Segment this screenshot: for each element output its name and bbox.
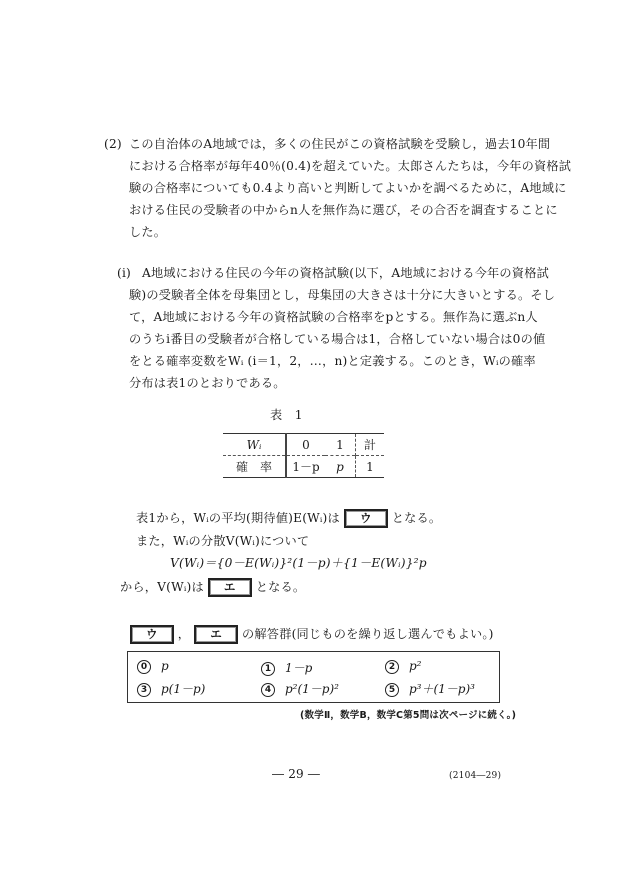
probability-table: Wᵢ 0 1 計 確 率 1－p p 1 [223,433,384,478]
subpart-line-3: て，A地域における今年の資格試験の合格率をpとする。無作為に選ぶn人 [129,310,538,324]
intro-line-3: 験の合格率についても0.4より高いと判断してよいかを調べるために，A地域に [129,181,567,195]
choice-1[interactable]: 11－p [261,659,312,676]
expectation-line: 表1から，Wᵢの平均(期待値)E(Wᵢ)は ウ となる。 [136,509,441,528]
answer-group-label: の解答群(同じものを繰り返し選んでもよい。) [242,627,494,641]
answer-group-box-e: エ [194,625,238,644]
choice-4[interactable]: 4p²(1－p)² [261,680,339,697]
answer-box-e[interactable]: エ [208,578,252,597]
subpart-line-4: のうちi番目の受験者が合格している場合は1，合格していない場合は0の値 [129,332,545,346]
choice-expr: 1－p [285,661,312,675]
circled-number-icon: 4 [261,683,275,697]
subpart-line-5: をとる確率変数をWᵢ (i＝1，2，…，n)と定義する。このとき，Wᵢの確率 [129,354,536,368]
table-prob-0: 1－p [286,456,325,478]
expectation-text: 表1から，Wᵢの平均(期待値)E(Wᵢ)は [136,511,340,525]
answer-group-box-u: ウ [130,625,174,644]
intro-line-5: した。 [129,225,166,239]
table-header-1: 1 [325,434,356,456]
circled-number-icon: 3 [137,683,151,697]
answer-group-sep: ， [178,627,190,641]
intro-line-4: おける住民の受験者の中からn人を無作為に選び，その合否を調査することに [129,203,558,217]
choice-expr: p³＋(1－p)³ [409,682,475,696]
subpart-line-6: 分布は表1のとおりである。 [129,376,286,390]
answer-box-u[interactable]: ウ [344,509,388,528]
intro-line-2: における合格率が毎年40％(0.4)を超えていた。太郎さんたちは，今年の資格試 [129,159,571,173]
page-code: (2104―29) [449,769,501,783]
variance-formula: V(Wᵢ)＝{0－E(Wᵢ)}²(1－p)＋{1－E(Wᵢ)}²p [170,556,427,570]
circled-number-icon: 1 [261,662,275,676]
page-number: ― 29 ― [272,767,320,781]
table-prob-row: 確 率 1－p p 1 [223,456,384,478]
variance-text: から，V(Wᵢ)は [120,580,204,594]
choice-3[interactable]: 3p(1－p) [137,680,205,697]
subpart-number: (i) [117,266,131,280]
answer-group-header: ウ ， エ の解答群(同じものを繰り返し選んでもよい。) [130,625,494,644]
table-prob-1: p [325,456,356,478]
expectation-suffix: となる。 [392,511,442,525]
table-prob-total: 1 [356,456,385,478]
variance-intro-line: また，Wᵢの分散V(Wᵢ)について [136,534,309,548]
table-prob-label: 確 率 [223,456,286,478]
continue-note: (数学Ⅱ，数学B，数学C第5問は次ページに続く。) [300,709,516,723]
table-header-row: Wᵢ 0 1 計 [223,434,384,456]
variance-line: から，V(Wᵢ)は エ となる。 [120,578,305,597]
subpart-line-2: 験)の受験者全体を母集団とし，母集団の大きさは十分に大きいとする。そし [129,288,555,302]
choice-expr: p(1－p) [161,682,205,696]
circled-number-icon: 5 [385,683,399,697]
intro-line-1: この自治体のA地域では，多くの住民がこの資格試験を受験し，過去10年間 [129,137,550,151]
circled-number-icon: 0 [137,660,151,674]
choice-expr: p²(1－p)² [285,682,339,696]
table-header-total: 計 [356,434,385,456]
subpart-line-1: A地域における住民の今年の資格試験(以下，A地域における今年の資格試 [142,266,549,280]
choice-expr: p [161,659,169,673]
answer-choices-box: 0p 11－p 2p² 3p(1－p) 4p²(1－p)² 5p³＋(1－p)³ [127,651,500,703]
choice-5[interactable]: 5p³＋(1－p)³ [385,680,475,697]
table-caption: 表 1 [270,408,303,422]
circled-number-icon: 2 [385,660,399,674]
table-header-w: Wᵢ [223,434,286,456]
part-number: (2) [104,137,122,151]
choice-expr: p² [409,659,422,673]
variance-suffix: となる。 [256,580,306,594]
choice-2[interactable]: 2p² [385,659,422,674]
choice-0[interactable]: 0p [137,659,169,674]
table-header-0: 0 [286,434,325,456]
